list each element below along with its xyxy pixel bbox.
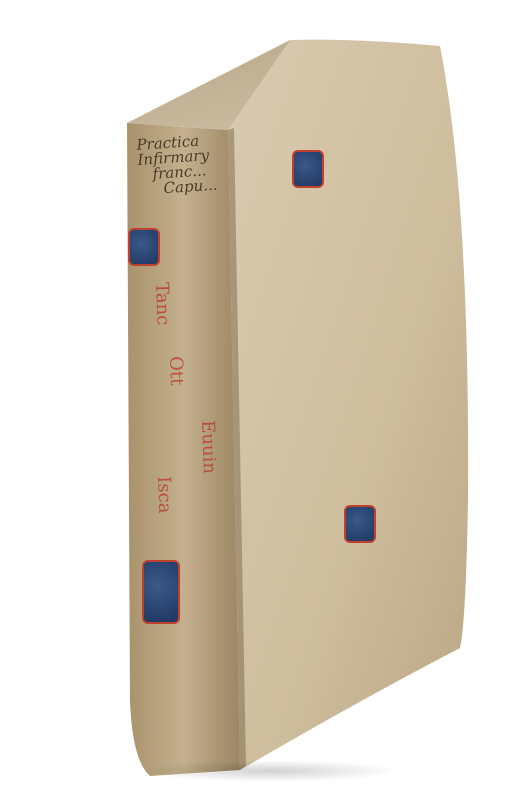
spine-rubric: Euuin: [200, 420, 215, 474]
spine-label: Practica Infirmary franc... Capu...: [136, 132, 226, 198]
spine-initial-top: [128, 228, 160, 266]
spine-rubric: Tanc: [154, 282, 169, 325]
book-spine: [127, 123, 240, 776]
cover-initial-top: [292, 150, 324, 188]
book-shadow: [140, 760, 400, 782]
spine-rubric: Ott: [168, 356, 183, 386]
spine-initial-bottom: [142, 560, 180, 624]
book-illustration: [0, 0, 520, 800]
photo-stage: Practica Infirmary franc... Capu... Tanc…: [0, 0, 520, 800]
spine-rubric: Isca: [156, 476, 171, 514]
front-cover: [228, 40, 468, 770]
cover-initial-bottom: [344, 505, 376, 543]
